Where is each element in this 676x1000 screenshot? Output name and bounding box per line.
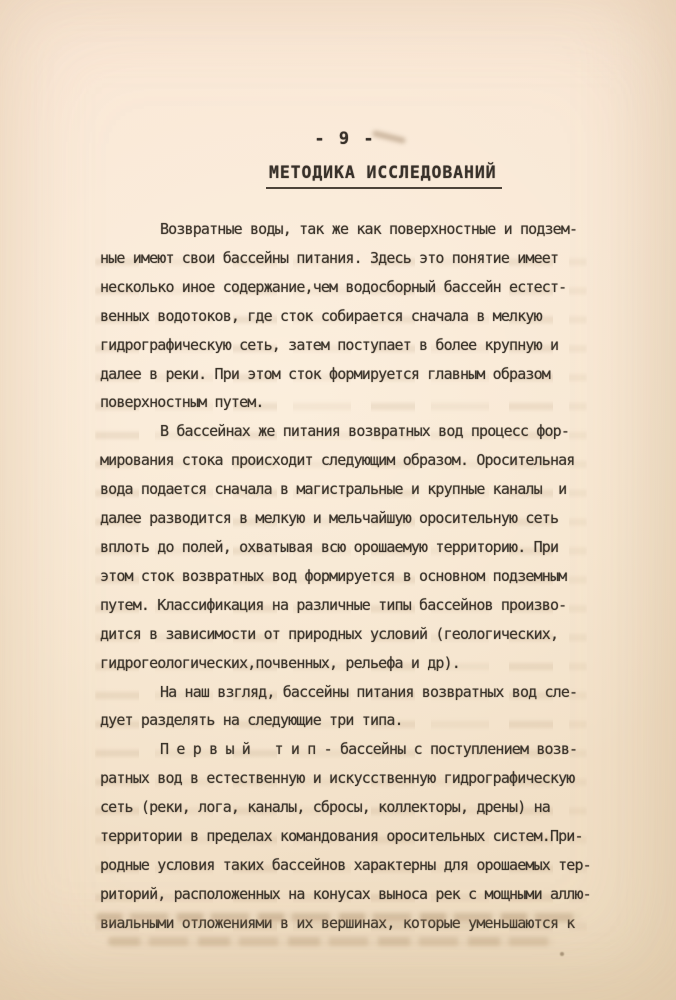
document-body: Возвратные воды, так же как поверхностны…: [100, 215, 608, 938]
paragraph-3: На наш взгляд, бассейны питания возвратн…: [100, 678, 608, 736]
document-title: МЕТОДИКА ИССЛЕДОВАНИЙ: [266, 163, 502, 189]
paragraph-2: В бассейнах же питания возвратных вод пр…: [100, 417, 608, 677]
scanned-document-page: - 9 - МЕТОДИКА ИССЛЕДОВАНИЙ Возвратные в…: [0, 0, 676, 1000]
page-number: - 9 -: [0, 129, 676, 149]
paper-speck: [560, 952, 564, 956]
bleedthrough-smudge: [108, 937, 554, 946]
paragraph-1: Возвратные воды, так же как поверхностны…: [100, 215, 608, 417]
paragraph-4: П е р в ы й т и п - бассейны с поступлен…: [100, 735, 608, 937]
